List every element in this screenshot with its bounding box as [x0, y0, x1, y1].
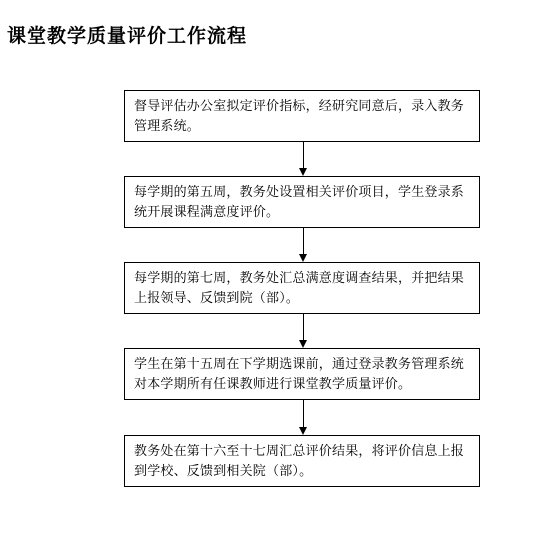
connector-line	[303, 142, 304, 168]
flow-step-text: 学生在第十五周在下学期选课前，通过登录教务管理系统对本学期所有任课教师进行课堂教…	[134, 355, 474, 395]
flow-step-text: 每学期的第五周，教务处设置相关评价项目，学生登录系统开展课程满意度评价。	[134, 183, 474, 223]
flow-step-text: 每学期的第七周，教务处汇总满意度调查结果，并把结果上报领导、反馈到院（部）。	[134, 269, 474, 309]
connector-line	[303, 228, 304, 254]
flow-step-1: 督导评估办公室拟定评价指标，经研究同意后，录入教务管理系统。	[124, 90, 480, 142]
connector-line	[303, 400, 304, 427]
arrow-down-icon	[299, 254, 307, 262]
flow-step-text: 教务处在第十六至十七周汇总评价结果，将评价信息上报到学校、反馈到相关院（部）。	[134, 442, 474, 482]
flow-step-5: 教务处在第十六至十七周汇总评价结果，将评价信息上报到学校、反馈到相关院（部）。	[124, 435, 480, 487]
arrow-down-icon	[299, 168, 307, 176]
page-title: 课堂教学质量评价工作流程	[7, 24, 247, 48]
arrow-down-icon	[299, 340, 307, 348]
flow-step-3: 每学期的第七周，教务处汇总满意度调查结果，并把结果上报领导、反馈到院（部）。	[124, 262, 480, 314]
arrow-down-icon	[299, 427, 307, 435]
flow-step-text: 督导评估办公室拟定评价指标，经研究同意后，录入教务管理系统。	[134, 97, 474, 137]
flow-step-4: 学生在第十五周在下学期选课前，通过登录教务管理系统对本学期所有任课教师进行课堂教…	[124, 348, 480, 400]
flow-step-2: 每学期的第五周，教务处设置相关评价项目，学生登录系统开展课程满意度评价。	[124, 176, 480, 228]
connector-line	[303, 314, 304, 340]
